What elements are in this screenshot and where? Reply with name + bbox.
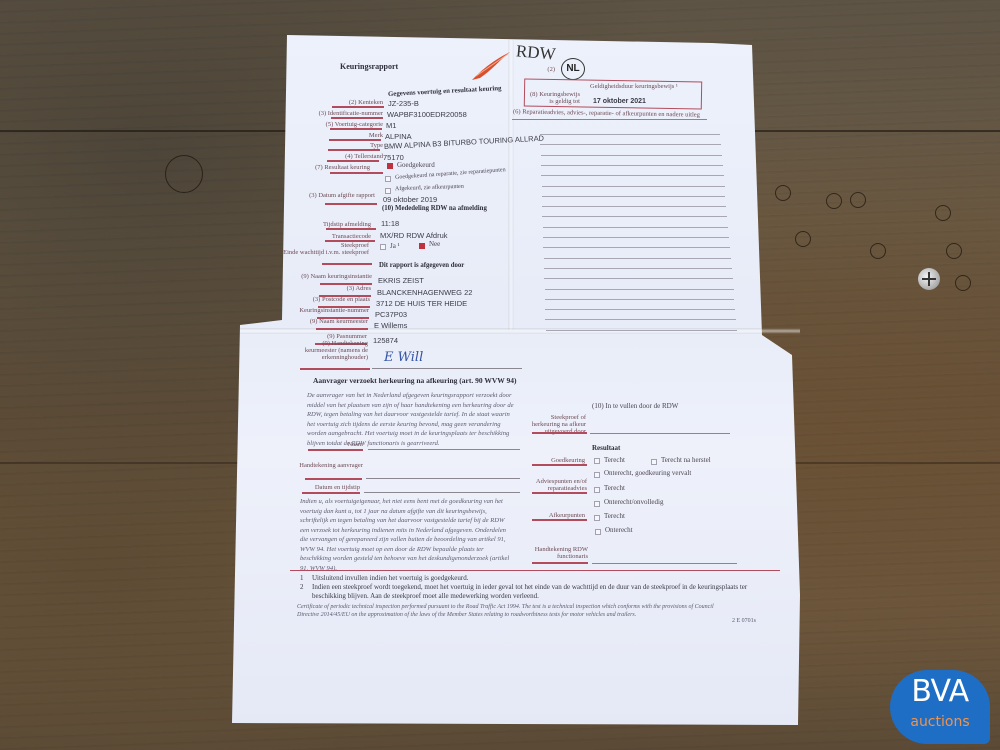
result-option-checkbox[interactable] bbox=[385, 176, 391, 182]
label-underline bbox=[316, 328, 368, 330]
repair-note-line[interactable] bbox=[543, 237, 729, 238]
signature-label: (9) Handtekening keurmeester (namens de … bbox=[300, 340, 368, 361]
issue-date-value: 09 oktober 2019 bbox=[383, 195, 437, 204]
section-divider bbox=[290, 570, 780, 571]
section-line bbox=[512, 119, 707, 120]
result-option-checkbox[interactable] bbox=[387, 163, 393, 169]
reinspection-signature-label: Handtekening aanvrager bbox=[283, 462, 363, 469]
rdw-checkbox[interactable] bbox=[594, 472, 600, 478]
wood-mark bbox=[775, 185, 791, 201]
result-title: Resultaat bbox=[592, 444, 620, 452]
repair-note-line[interactable] bbox=[545, 299, 735, 300]
repair-note-line[interactable] bbox=[542, 206, 726, 207]
rdw-notice-title: (10) Mededeling RDW na afmelding bbox=[382, 205, 487, 212]
reinspection-name-label: Naam bbox=[283, 441, 363, 448]
label-underline bbox=[532, 519, 587, 521]
wood-mark bbox=[826, 193, 842, 209]
rdw-option: Terecht na herstel bbox=[661, 456, 711, 464]
notice-label: Transactiecode bbox=[291, 233, 371, 240]
issue-date-label: (3) Datum afgifte rapport bbox=[297, 192, 375, 199]
rdw-checkbox[interactable] bbox=[594, 458, 600, 464]
repair-note-line[interactable] bbox=[543, 227, 728, 228]
rdw-option: Terecht bbox=[604, 456, 625, 464]
repair-note-line[interactable] bbox=[545, 309, 735, 310]
label-underline bbox=[532, 562, 588, 564]
vehicle-field-value: M1 bbox=[386, 121, 396, 130]
repair-note-line[interactable] bbox=[544, 258, 731, 259]
sample-check-label: Steekproef bbox=[289, 242, 369, 249]
footnote-1: Uitsluitend invullen indien het voertuig… bbox=[312, 574, 469, 583]
vehicle-field-value: JZ-235-B bbox=[388, 99, 419, 108]
repair-note-line[interactable] bbox=[541, 175, 723, 176]
repair-note-line[interactable] bbox=[542, 216, 727, 217]
rdw-checkbox[interactable] bbox=[594, 501, 600, 507]
rdw-option: Onterecht, goedkeuring vervalt bbox=[604, 469, 691, 477]
issuer-field-value: PC37P03 bbox=[375, 310, 407, 319]
issuer-field-label: (3) Adres bbox=[291, 285, 371, 292]
notice-value: 11:18 bbox=[381, 219, 399, 228]
repair-note-line[interactable] bbox=[543, 247, 730, 248]
validity-label: (8) Keuringsbewijs is geldig tot bbox=[530, 91, 580, 105]
wood-mark bbox=[165, 155, 203, 193]
rdw-logo: RDW bbox=[515, 41, 556, 64]
rdw-signature-label: Handtekening RDW functionaris bbox=[510, 546, 588, 560]
rdw-signature-line[interactable] bbox=[592, 563, 737, 564]
repair-note-line[interactable] bbox=[541, 165, 723, 166]
label-underline bbox=[322, 263, 372, 265]
sample-yes-checkbox[interactable] bbox=[380, 244, 386, 250]
document-title: Keuringsrapport bbox=[340, 62, 398, 71]
label-underline bbox=[300, 368, 370, 370]
reinspection-date-label: Datum en tijdstip bbox=[280, 484, 360, 491]
repair-note-line[interactable] bbox=[545, 319, 736, 320]
rdw-option: Onterecht/onvolledig bbox=[604, 498, 663, 506]
result-label: (7) Resultaat keuring bbox=[290, 164, 370, 171]
repair-note-line[interactable] bbox=[541, 155, 722, 156]
label-underline bbox=[532, 464, 587, 466]
wood-mark bbox=[850, 192, 866, 208]
vehicle-field-label: Merk bbox=[303, 132, 383, 139]
reinspection-signature-line[interactable] bbox=[366, 478, 520, 479]
reinspection-body: De aanvrager van het in Nederland afgege… bbox=[307, 391, 517, 448]
vehicle-field-label: (3) Identificatie-nummer bbox=[303, 110, 383, 117]
country-code-ref: (2) bbox=[475, 66, 555, 73]
validity-title: Geldigheidsduur keuringsbewijs ¹ bbox=[590, 83, 678, 90]
repair-note-line[interactable] bbox=[540, 144, 721, 145]
repair-note-line[interactable] bbox=[545, 289, 734, 290]
vehicle-field-value: WAPBF3100EDR20058 bbox=[387, 110, 467, 119]
rdw-section-title: (10) In te vullen door de RDW bbox=[592, 402, 678, 410]
bva-sub: auctions bbox=[890, 714, 990, 730]
issuer-field-value: BLANCKENHAGENWEG 22 bbox=[377, 288, 472, 297]
vehicle-field-label: (5) Voertuig-categorie bbox=[303, 121, 383, 128]
rdw-row-label: Afkeurpunten bbox=[505, 512, 585, 519]
reinspection-title: Aanvrager verzoekt herkeuring na afkeuri… bbox=[313, 376, 517, 385]
rdw-row-label: Goedkeuring bbox=[505, 457, 585, 464]
label-underline bbox=[532, 432, 587, 434]
wood-mark bbox=[955, 275, 971, 291]
reinspection-date-line[interactable] bbox=[364, 492, 520, 493]
issuer-title: Dit rapport is afgegeven door bbox=[379, 262, 464, 269]
reinspection-name-line[interactable] bbox=[368, 449, 520, 450]
rdw-option: Terecht bbox=[604, 512, 625, 520]
rdw-option: Onterecht bbox=[605, 526, 633, 534]
notice-value: MX/RD RDW Afdruk bbox=[380, 231, 448, 240]
validity-date: 17 oktober 2021 bbox=[593, 98, 646, 105]
keurmeester-signature: E Will bbox=[384, 350, 423, 365]
repair-note-line[interactable] bbox=[540, 134, 720, 135]
issuer-field-label: (9) Pasnummer bbox=[287, 333, 367, 340]
issuer-field-label: (3) Postcode en plaats bbox=[290, 296, 370, 303]
result-option-checkbox[interactable] bbox=[385, 188, 391, 194]
wood-mark bbox=[946, 243, 962, 259]
label-underline bbox=[328, 149, 380, 151]
repair-note-line[interactable] bbox=[542, 186, 725, 187]
label-underline bbox=[332, 106, 384, 108]
repair-note-line[interactable] bbox=[542, 196, 726, 197]
vehicle-field-label: Type bbox=[303, 142, 383, 149]
vehicle-field-label: (4) Tellerstand bbox=[303, 153, 383, 160]
rdw-checkbox[interactable] bbox=[595, 529, 601, 535]
label-underline bbox=[302, 492, 360, 494]
sample-check-label-2: Einde wachttijd i.v.m. steekproef bbox=[282, 249, 369, 256]
label-underline bbox=[330, 172, 383, 174]
issuer-field-label: (9) Naam keurmeester bbox=[288, 318, 368, 325]
sample-no-label: Nee bbox=[429, 240, 440, 248]
rdw-checkbox[interactable] bbox=[651, 459, 657, 465]
vehicle-field-value: ALPINA bbox=[385, 132, 412, 141]
rdw-checkbox[interactable] bbox=[594, 487, 600, 493]
repair-note-line[interactable] bbox=[546, 330, 737, 331]
fold-crease bbox=[508, 40, 514, 330]
vehicle-field-label: (2) Kenteken bbox=[303, 99, 383, 106]
issuer-field-value: EKRIS ZEIST bbox=[378, 276, 424, 285]
screw bbox=[918, 268, 940, 290]
wood-mark bbox=[795, 231, 811, 247]
label-underline bbox=[305, 478, 362, 480]
footnote-2-number: 2 bbox=[300, 583, 304, 592]
wood-mark bbox=[870, 243, 886, 259]
form-code: 2 E 0701s bbox=[732, 617, 756, 625]
notice-label: Tijdstip afmelding bbox=[291, 221, 371, 228]
result-option: Goedgekeurd bbox=[397, 161, 435, 169]
label-underline bbox=[326, 228, 376, 230]
label-underline bbox=[308, 449, 363, 451]
sample-yes-label: Ja ¹ bbox=[390, 242, 400, 250]
wood-mark bbox=[935, 205, 951, 221]
issuer-field-value: 125874 bbox=[373, 336, 398, 345]
ordered-by-line[interactable] bbox=[590, 433, 730, 434]
bva-brand: BVA bbox=[890, 674, 990, 709]
bva-auctions-logo: BVA auctions bbox=[890, 670, 990, 744]
issuer-field-label: Keuringsinstantie-nummer bbox=[289, 307, 369, 314]
label-underline bbox=[330, 128, 382, 130]
label-underline bbox=[327, 160, 379, 162]
label-underline bbox=[325, 203, 377, 205]
label-underline bbox=[329, 139, 381, 141]
signature-line bbox=[372, 368, 522, 369]
rdw-checkbox[interactable] bbox=[594, 515, 600, 521]
footnote-1-number: 1 bbox=[300, 574, 304, 583]
repair-note-line[interactable] bbox=[544, 268, 732, 269]
sample-no-checkbox[interactable] bbox=[419, 243, 425, 249]
certificate-text: Certificate of periodic technical inspec… bbox=[297, 603, 737, 619]
issuer-field-label: (9) Naam keuringsinstantie bbox=[292, 273, 372, 280]
rdw-row-label: Adviespunten en/of reparatieadvies bbox=[505, 478, 587, 492]
repair-note-line[interactable] bbox=[544, 278, 732, 279]
owner-note: Indien u, als voertuigeigenaar, het niet… bbox=[300, 497, 515, 573]
issuer-field-value: 3712 DE HUIS TER HEIDE bbox=[376, 299, 467, 308]
label-underline bbox=[331, 117, 383, 119]
footnote-2: Indien een steekproef wordt toegekend, m… bbox=[312, 583, 762, 601]
country-badge: NL bbox=[561, 58, 585, 80]
issuer-field-value: E Willems bbox=[374, 321, 407, 330]
label-underline bbox=[532, 492, 587, 494]
rdw-option: Terecht bbox=[604, 484, 625, 492]
